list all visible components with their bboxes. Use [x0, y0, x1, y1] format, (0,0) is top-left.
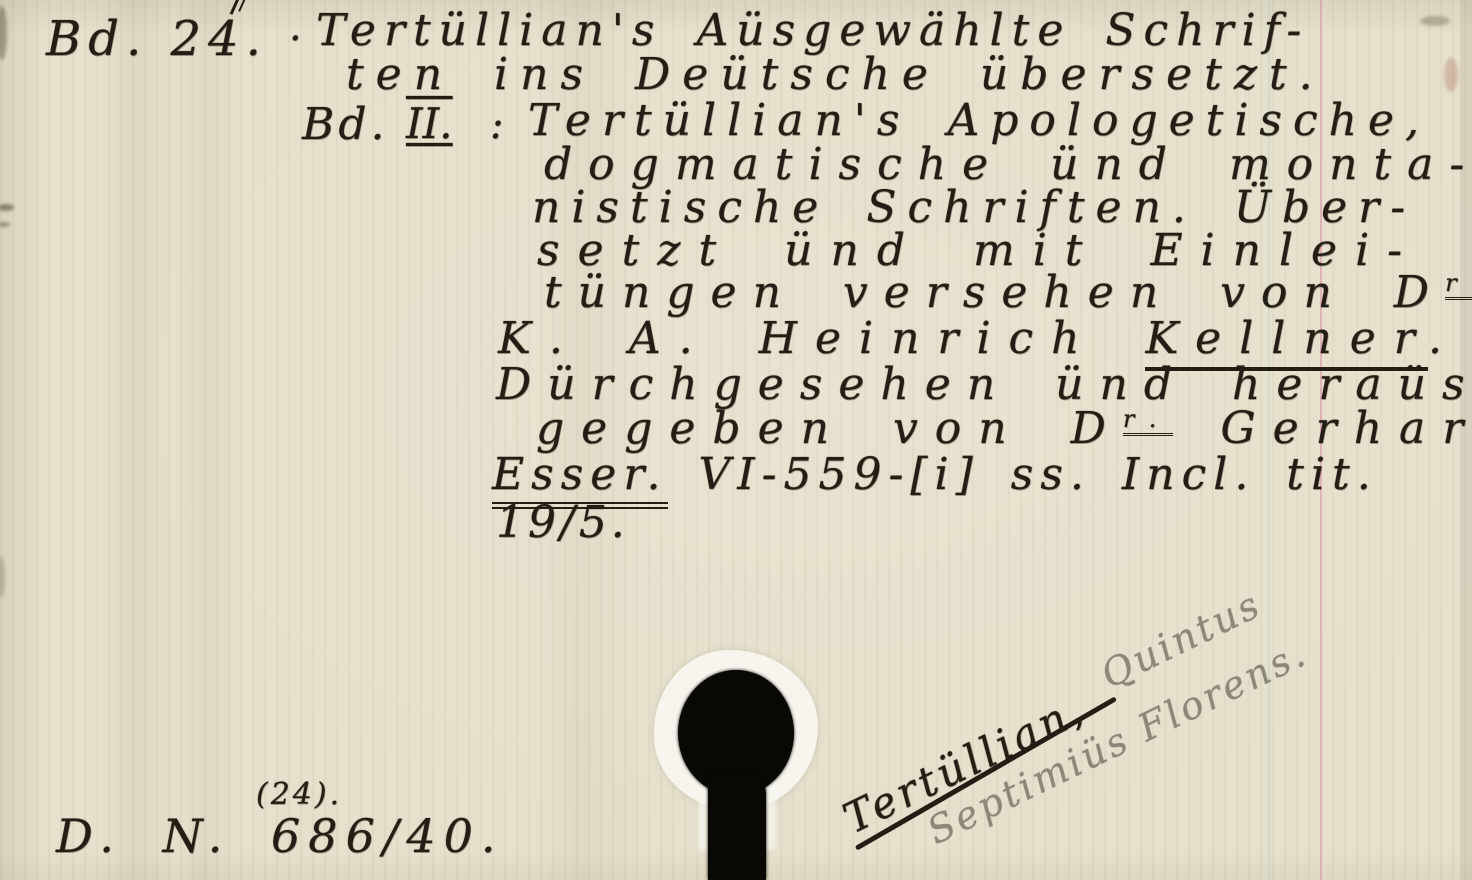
editor-line-2-pre: gegeben von D: [536, 403, 1123, 454]
year-line: 19/5.: [496, 498, 629, 549]
author-heading: Tertüllian, Quintus Septimiüs Florens.: [836, 587, 1315, 880]
paper-smudge: [1420, 16, 1450, 26]
editor-line-2-post: Gerhard: [1173, 403, 1472, 454]
paper-smudge: [0, 6, 7, 60]
translator-line-pre: K. A. Heinrich: [498, 313, 1145, 364]
title-line-2: ten ins Deütsche übersetzt.: [346, 50, 1325, 101]
paper-smudge: [0, 556, 5, 598]
doctor-superscript: r.: [1445, 269, 1472, 300]
collation-line: Esser. VI-559-[i] ss. Incl. tit.: [492, 450, 1378, 501]
volume-numeral: II.: [406, 100, 453, 148]
volume-label: Bd. 24.: [46, 12, 268, 67]
scan-page: { "card": { "kind": "Handwritten library…: [0, 0, 1472, 880]
doctor-superscript: r.: [1123, 405, 1174, 436]
collation-text: VI-559-[i] ss. Incl. tit.: [668, 449, 1378, 500]
paper-smudge: [0, 204, 14, 211]
volume-label-2: Bd.: [302, 100, 389, 151]
paper-smudge: [0, 222, 10, 227]
catalog-card: Bd. 24. · Tertüllian's Aüsgewählte Schri…: [0, 0, 1472, 880]
separator-mark: ·: [289, 16, 302, 62]
punch-hole-stem: [708, 772, 766, 880]
translator-line-post: .: [1428, 313, 1460, 364]
paper-smudge: [1444, 58, 1458, 92]
record-number: D. N. 686/40.: [56, 810, 504, 863]
translator-line: K. A. Heinrich Kellner.: [498, 314, 1460, 365]
series-note: (24).: [256, 778, 342, 813]
editor-line-2: gegeben von Dr. Gerhard: [536, 404, 1472, 455]
subtitle-line-5-text: tüngen versehen von D: [544, 267, 1445, 318]
separator-colon: :: [490, 102, 503, 148]
subtitle-line-5: tüngen versehen von Dr.: [544, 268, 1472, 319]
